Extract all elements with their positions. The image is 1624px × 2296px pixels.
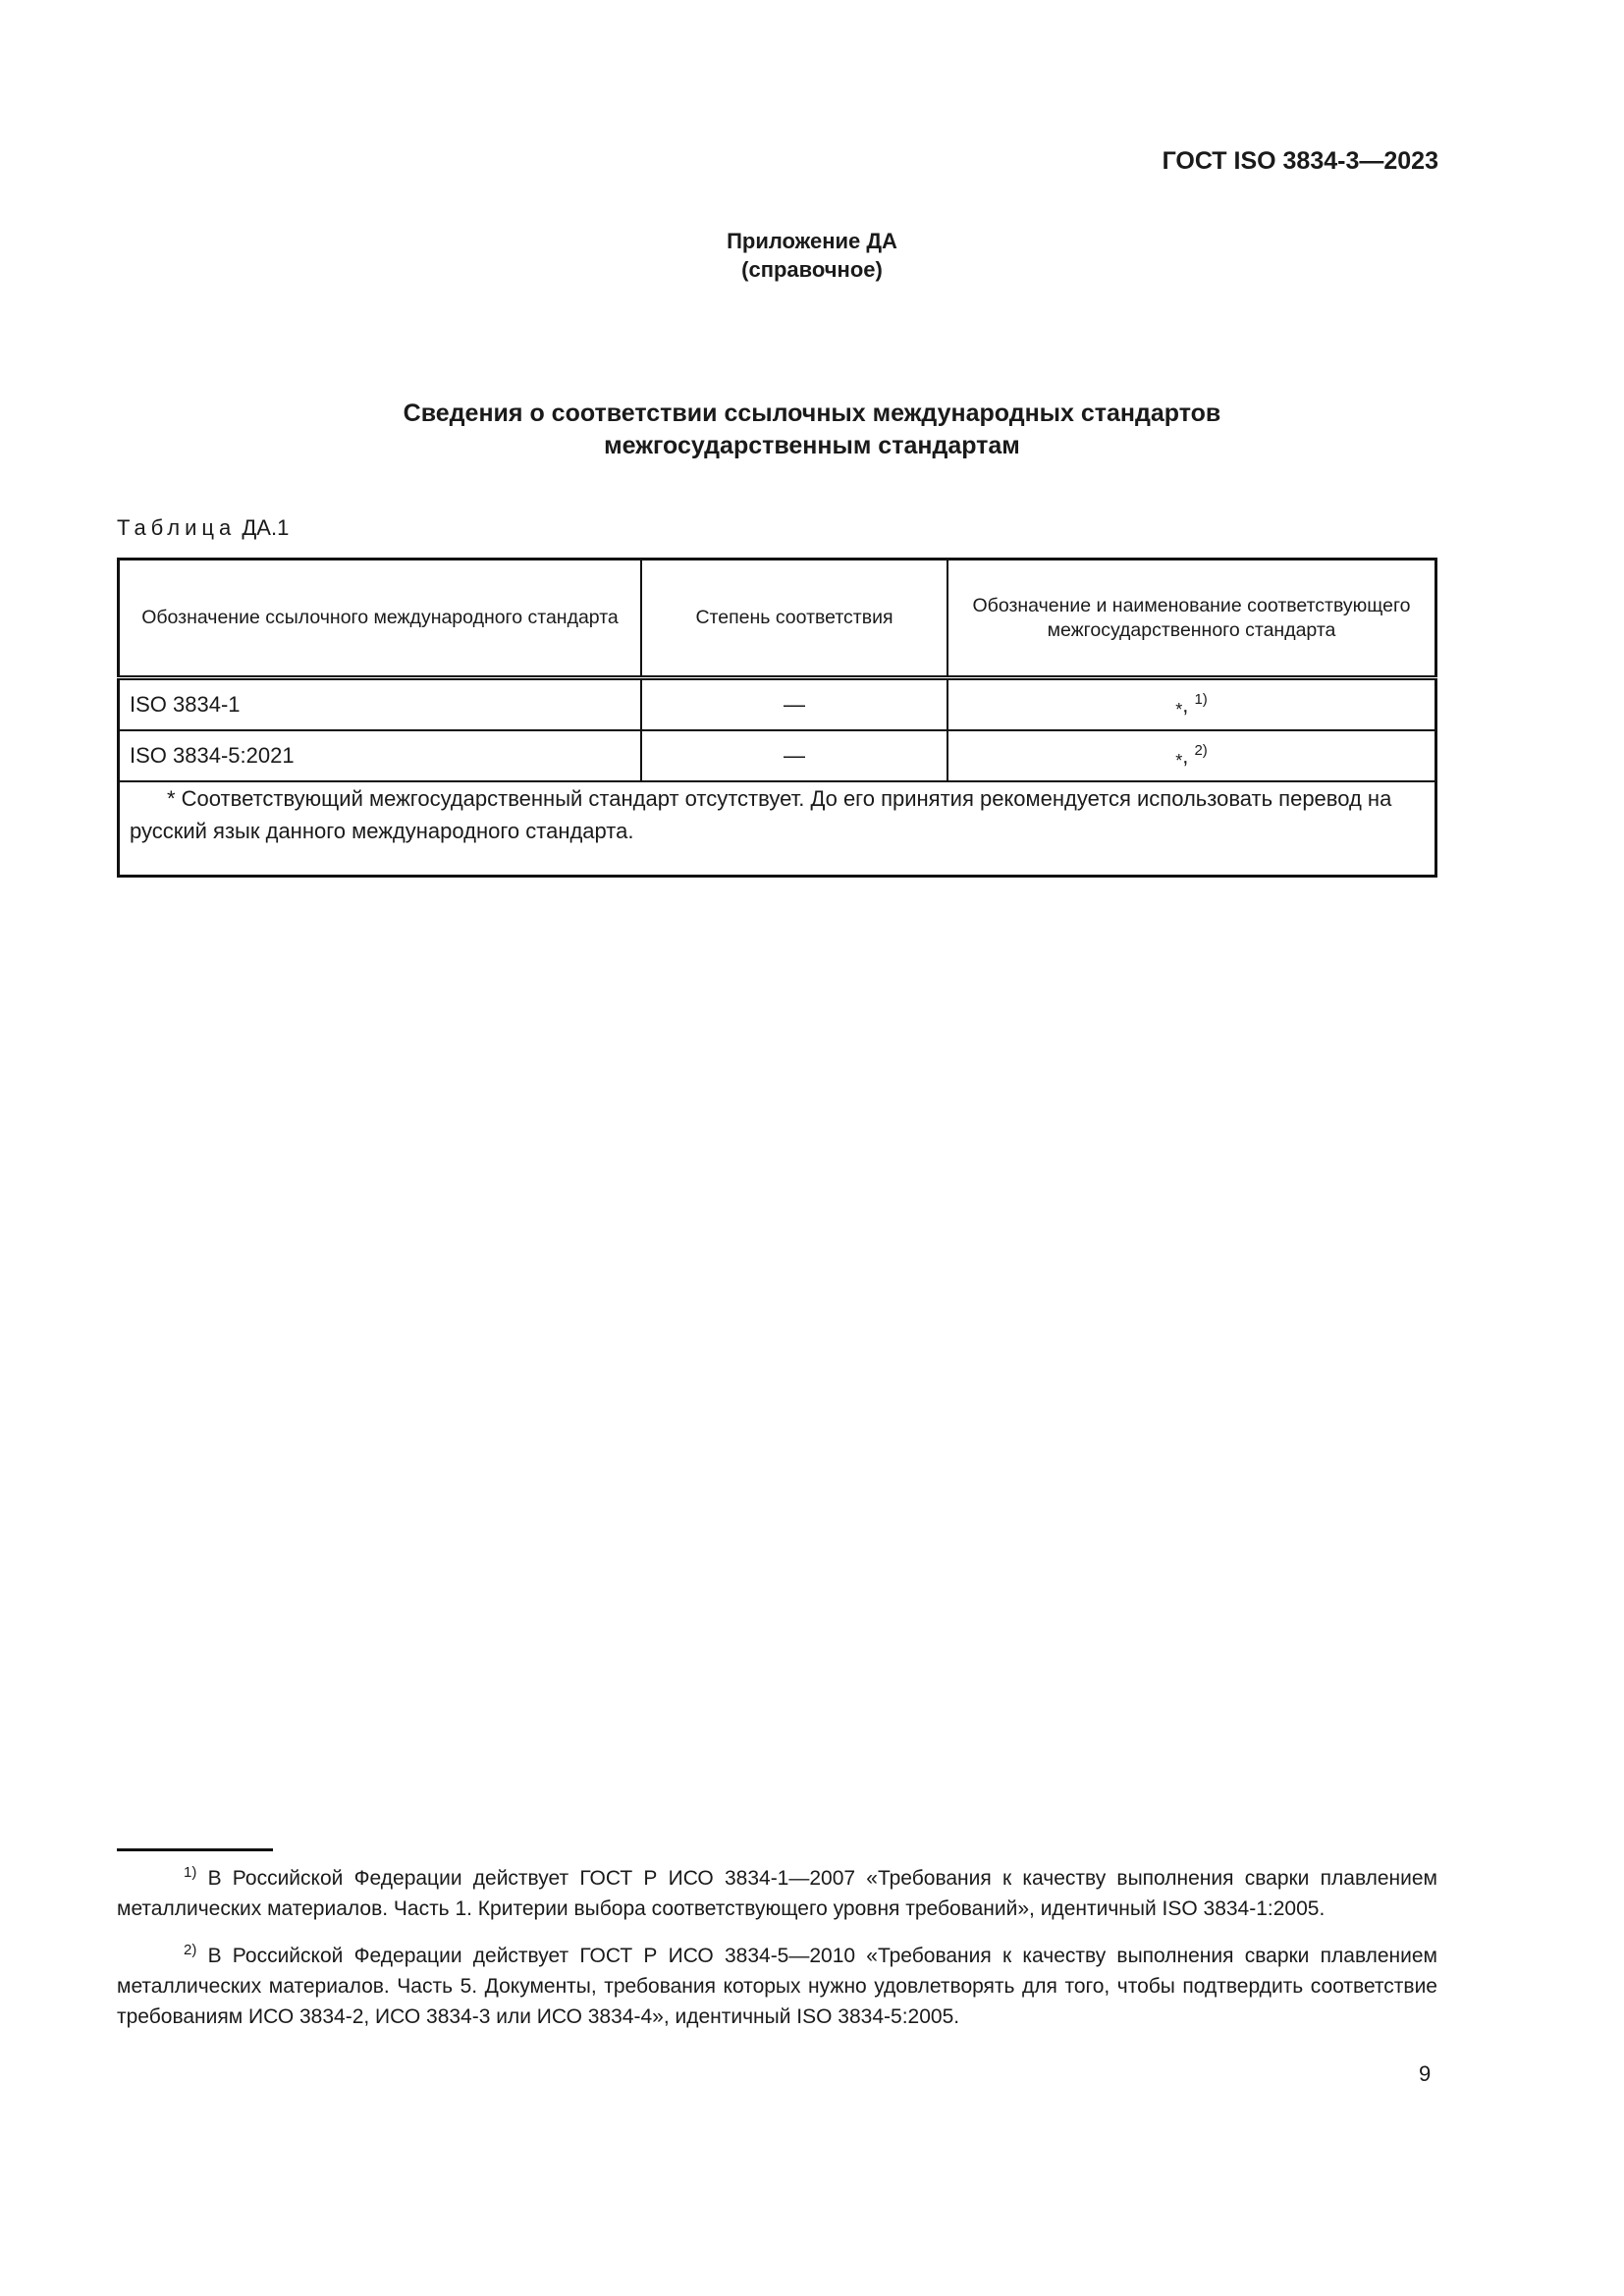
section-heading: Сведения о соответствии ссылочных междун… bbox=[0, 398, 1624, 462]
footnote-2: 2) В Российской Федерации действует ГОСТ… bbox=[117, 1935, 1437, 2032]
footnotes: 1) В Российской Федерации действует ГОСТ… bbox=[117, 1857, 1437, 2043]
footnote-text: В Российской Федерации действует ГОСТ Р … bbox=[117, 1867, 1437, 1920]
table-header-row: Обозначение ссылочного международного ст… bbox=[119, 560, 1436, 678]
cell-interstate-standard: *, 2) bbox=[947, 730, 1436, 781]
footnote-ref[interactable]: 1) bbox=[1194, 691, 1207, 708]
page-number: 9 bbox=[1419, 2061, 1431, 2087]
separator: , bbox=[1182, 693, 1188, 718]
footnote-marker: 2) bbox=[184, 1942, 196, 1958]
cell-reference: ISO 3834-1 bbox=[119, 678, 642, 731]
section-heading-line-2: межгосударственным стандартам bbox=[0, 430, 1624, 462]
asterisk-mark: * bbox=[1175, 751, 1182, 771]
column-header-reference: Обозначение ссылочного международного ст… bbox=[119, 560, 642, 678]
footnote-text: В Российской Федерации действует ГОСТ Р … bbox=[117, 1945, 1437, 2028]
annex-subtitle: (справочное) bbox=[0, 257, 1624, 283]
table-row: ISO 3834-5:2021 — *, 2) bbox=[119, 730, 1436, 781]
table-caption: Таблица ДА.1 bbox=[117, 515, 289, 541]
table-note: * Соответствующий межгосударственный ста… bbox=[119, 781, 1436, 877]
table-note-row: * Соответствующий межгосударственный ста… bbox=[119, 781, 1436, 877]
footnote-marker: 1) bbox=[184, 1864, 196, 1881]
cell-interstate-standard: *, 1) bbox=[947, 678, 1436, 731]
column-header-interstate-standard: Обозначение и наименование соответствующ… bbox=[947, 560, 1436, 678]
footnote-ref[interactable]: 2) bbox=[1194, 742, 1207, 759]
separator: , bbox=[1182, 744, 1188, 769]
column-header-degree: Степень соответствия bbox=[641, 560, 947, 678]
annex-title: Приложение ДА bbox=[0, 229, 1624, 254]
footnote-divider bbox=[117, 1848, 273, 1851]
table-note-text: * Соответствующий межгосударственный ста… bbox=[130, 786, 1391, 843]
cell-reference: ISO 3834-5:2021 bbox=[119, 730, 642, 781]
cell-degree: — bbox=[641, 678, 947, 731]
asterisk-mark: * bbox=[1175, 700, 1182, 720]
document-code: ГОСТ ISO 3834-3—2023 bbox=[1080, 147, 1438, 176]
table-row: ISO 3834-1 — *, 1) bbox=[119, 678, 1436, 731]
table-caption-word: Таблица bbox=[117, 515, 236, 540]
footnote-1: 1) В Российской Федерации действует ГОСТ… bbox=[117, 1857, 1437, 1924]
correspondence-table: Обозначение ссылочного международного ст… bbox=[117, 558, 1437, 878]
section-heading-line-1: Сведения о соответствии ссылочных междун… bbox=[0, 398, 1624, 430]
cell-degree: — bbox=[641, 730, 947, 781]
table-caption-id: ДА.1 bbox=[242, 515, 289, 540]
